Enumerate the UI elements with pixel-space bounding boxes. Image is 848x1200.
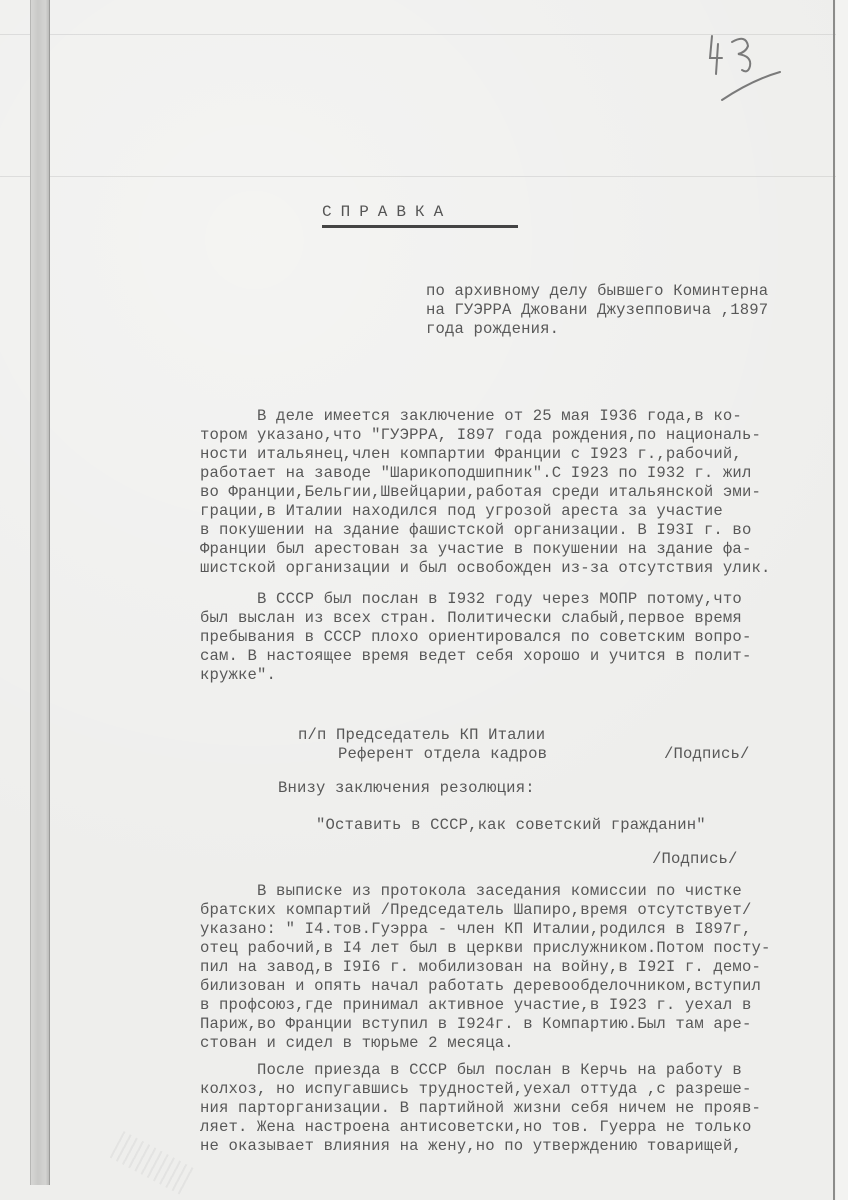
signatory-title: Референт отдела кадров <box>338 745 547 764</box>
paragraph-1-line: работает на заводе "Шарикоподшипник".С I… <box>200 464 751 483</box>
paragraph-2-line: В СССР был послан в I932 году через МОПР… <box>200 590 742 609</box>
paragraph-2-line: сам. В настоящее время ведет себя хорошо… <box>200 647 751 666</box>
title-underline <box>322 225 518 228</box>
document-page: 43 СПРАВКА по архивному делу бывшего Ком… <box>0 0 848 1200</box>
paragraph-1-line: ности итальянец,член компартии Франции с… <box>200 445 742 464</box>
paragraph-3-line: билизован и опять начал работать деревоо… <box>200 977 761 996</box>
page-margin <box>836 0 848 1200</box>
subject-line: на ГУЭРРА Джовани Джузепповича ,1897 <box>426 301 768 320</box>
page-edge <box>833 0 835 1200</box>
paragraph-3-line: братских компартий /Председатель Шапиро,… <box>200 901 751 920</box>
paragraph-1-line: во Франции,Бельгии,Швейцарии,работая сре… <box>200 483 761 502</box>
paragraph-3-line: В выписке из протокола заседания комисси… <box>200 882 742 901</box>
signatory-title: п/п Председатель КП Италии <box>298 726 545 745</box>
signature-placeholder: /Подпись/ <box>652 850 738 869</box>
signature-placeholder: /Подпись/ <box>664 745 750 764</box>
paragraph-2-line: был выслан из всех стран. Политически сл… <box>200 609 742 628</box>
subject-line: по архивному делу бывшего Коминтерна <box>426 282 768 301</box>
document-title: СПРАВКА <box>322 203 452 221</box>
subject-line: года рождения. <box>426 320 559 339</box>
paragraph-4-line: не оказывает влияния на жену,но по утвер… <box>200 1137 742 1156</box>
paragraph-4-line: После приезда в СССР был послан в Керчь … <box>200 1061 742 1080</box>
scan-line <box>0 176 848 177</box>
paragraph-1-line: в покушении на здание фашистской организ… <box>200 521 751 540</box>
paragraph-4-line: ния парторганизации. В партийной жизни с… <box>200 1099 761 1118</box>
handwritten-folio-icon <box>702 28 812 108</box>
paragraph-3-line: указано: " I4.тов.Гуэрра - член КП Итали… <box>200 920 751 939</box>
paragraph-1-line: Франции был арестован за участие в покуш… <box>200 540 751 559</box>
paragraph-3-line: отец рабочий,в I4 лет был в церкви присл… <box>200 939 770 958</box>
paragraph-4-line: колхоз, но испугавшись трудностей,уехал … <box>200 1080 751 1099</box>
paragraph-2-line: кружке". <box>200 666 276 685</box>
folio-number: 43 <box>702 28 812 108</box>
paragraph-3-line: стован и сидел в тюрьме 2 месяца. <box>200 1034 514 1053</box>
resolution-intro: Внизу заключения резолюция: <box>278 779 535 798</box>
resolution-text: "Оставить в СССР,как советский гражданин… <box>316 816 706 835</box>
paragraph-3-line: пил на завод,в I9I6 г. мобилизован на во… <box>200 958 761 977</box>
paragraph-1-line: В деле имеется заключение от 25 мая I936… <box>200 407 742 426</box>
paragraph-3-line: Париж,во Франции вступил в I924г. в Комп… <box>200 1015 751 1034</box>
paragraph-3-line: в профсоюз,где принимал активное участие… <box>200 996 751 1015</box>
paragraph-1-line: шистской организации и был освобожден из… <box>200 559 770 578</box>
paragraph-1-line: тором указано,что "ГУЭРРА, I897 года рож… <box>200 426 761 445</box>
binding-strip <box>30 0 50 1185</box>
paragraph-2-line: пребывания в СССР плохо ориентировался п… <box>200 628 751 647</box>
paragraph-1-line: грации,в Италии находился под угрозой ар… <box>200 502 723 521</box>
paragraph-4-line: ляет. Жена настроена антисоветски,но тов… <box>200 1118 751 1137</box>
faint-stamp-bleedthrough <box>110 1131 195 1195</box>
